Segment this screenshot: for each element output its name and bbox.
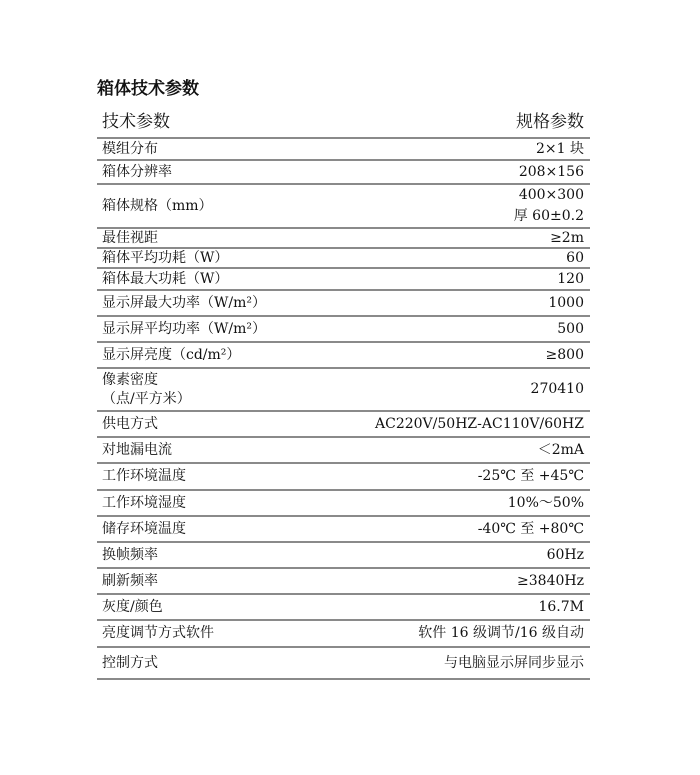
param-value: -40℃ 至 +80℃ [478, 520, 584, 539]
param-value: 400×300厚 60±0.2 [514, 185, 584, 227]
table-row: 控制方式与电脑显示屏同步显示 [97, 648, 590, 680]
table-row: 换帧频率60Hz [97, 543, 590, 569]
spec-table: 技术参数 规格参数 模组分布2×1 块箱体分辨率208×156箱体规格（mm）4… [97, 108, 590, 680]
param-value: 与电脑显示屏同步显示 [444, 654, 584, 673]
section-title: 箱体技术参数 [97, 74, 199, 99]
param-value: 60Hz [547, 546, 584, 565]
param-value: ≥800 [546, 346, 584, 365]
param-value: 软件 16 级调节/16 级自动 [418, 624, 584, 643]
param-name: 箱体平均功耗（W） [102, 249, 228, 268]
table-row: 工作环境湿度10%～50% [97, 491, 590, 517]
param-value: 16.7M [538, 598, 584, 617]
header-key: 技术参数 [102, 113, 170, 132]
param-value: AC220V/50HZ-AC110V/60HZ [375, 415, 584, 434]
param-name: 显示屏亮度（cd/m²） [102, 346, 240, 365]
table-row: 显示屏亮度（cd/m²）≥800 [97, 343, 590, 369]
table-row: 最佳视距≥2m [97, 229, 590, 249]
table-row: 箱体平均功耗（W）60 [97, 249, 590, 269]
param-value: -25℃ 至 +45℃ [478, 467, 584, 486]
param-value: 2×1 块 [536, 140, 584, 159]
table-row: 箱体最大功耗（W）120 [97, 269, 590, 291]
param-name: 箱体分辨率 [102, 163, 172, 182]
param-value-line: 厚 60±0.2 [514, 206, 584, 227]
param-value: 10%～50% [508, 494, 584, 513]
param-value: ≥3840Hz [517, 572, 584, 591]
param-name-line: 像素密度 [102, 371, 191, 390]
param-name: 亮度调节方式软件 [102, 624, 214, 643]
param-name: 箱体规格（mm） [102, 197, 213, 216]
param-name: 工作环境湿度 [102, 494, 186, 513]
param-value: ≥2m [550, 229, 584, 248]
param-value-line: 400×300 [514, 185, 584, 206]
table-row: 工作环境温度-25℃ 至 +45℃ [97, 464, 590, 491]
table-row: 显示屏平均功率（W/m²）500 [97, 317, 590, 343]
param-value: 120 [557, 270, 584, 289]
param-name: 模组分布 [102, 140, 158, 159]
param-name: 显示屏平均功率（W/m²） [102, 320, 266, 339]
table-row: 模组分布2×1 块 [97, 139, 590, 161]
param-name: 最佳视距 [102, 229, 158, 248]
table-row: 供电方式AC220V/50HZ-AC110V/60HZ [97, 412, 590, 438]
param-name: 对地漏电流 [102, 441, 172, 460]
table-row: 灰度/颜色16.7M [97, 595, 590, 621]
table-row: 对地漏电流＜2mA [97, 438, 590, 464]
param-name: 像素密度（点/平方米） [102, 371, 191, 409]
param-name-line: （点/平方米） [102, 390, 191, 409]
param-name: 灰度/颜色 [102, 598, 163, 617]
header-value: 规格参数 [516, 113, 584, 132]
param-name: 显示屏最大功率（W/m²） [102, 294, 266, 313]
table-row: 储存环境温度-40℃ 至 +80℃ [97, 517, 590, 543]
param-name: 储存环境温度 [102, 520, 186, 539]
table-row: 箱体分辨率208×156 [97, 161, 590, 185]
param-name: 换帧频率 [102, 546, 158, 565]
param-value: 270410 [531, 380, 584, 399]
param-name: 供电方式 [102, 415, 158, 434]
param-value: 500 [557, 320, 584, 339]
table-row: 像素密度（点/平方米）270410 [97, 369, 590, 412]
table-row: 刷新频率≥3840Hz [97, 569, 590, 595]
param-value: ＜2mA [538, 441, 584, 460]
param-value: 60 [566, 249, 584, 268]
param-value: 1000 [548, 294, 584, 313]
param-name: 控制方式 [102, 654, 158, 673]
param-name: 刷新频率 [102, 572, 158, 591]
table-row: 显示屏最大功率（W/m²）1000 [97, 291, 590, 317]
param-name: 箱体最大功耗（W） [102, 270, 228, 289]
param-name: 工作环境温度 [102, 467, 186, 486]
table-header: 技术参数 规格参数 [97, 108, 590, 139]
table-body: 模组分布2×1 块箱体分辨率208×156箱体规格（mm）400×300厚 60… [97, 139, 590, 680]
table-row: 亮度调节方式软件软件 16 级调节/16 级自动 [97, 621, 590, 648]
table-row: 箱体规格（mm）400×300厚 60±0.2 [97, 185, 590, 229]
param-value: 208×156 [519, 163, 584, 182]
